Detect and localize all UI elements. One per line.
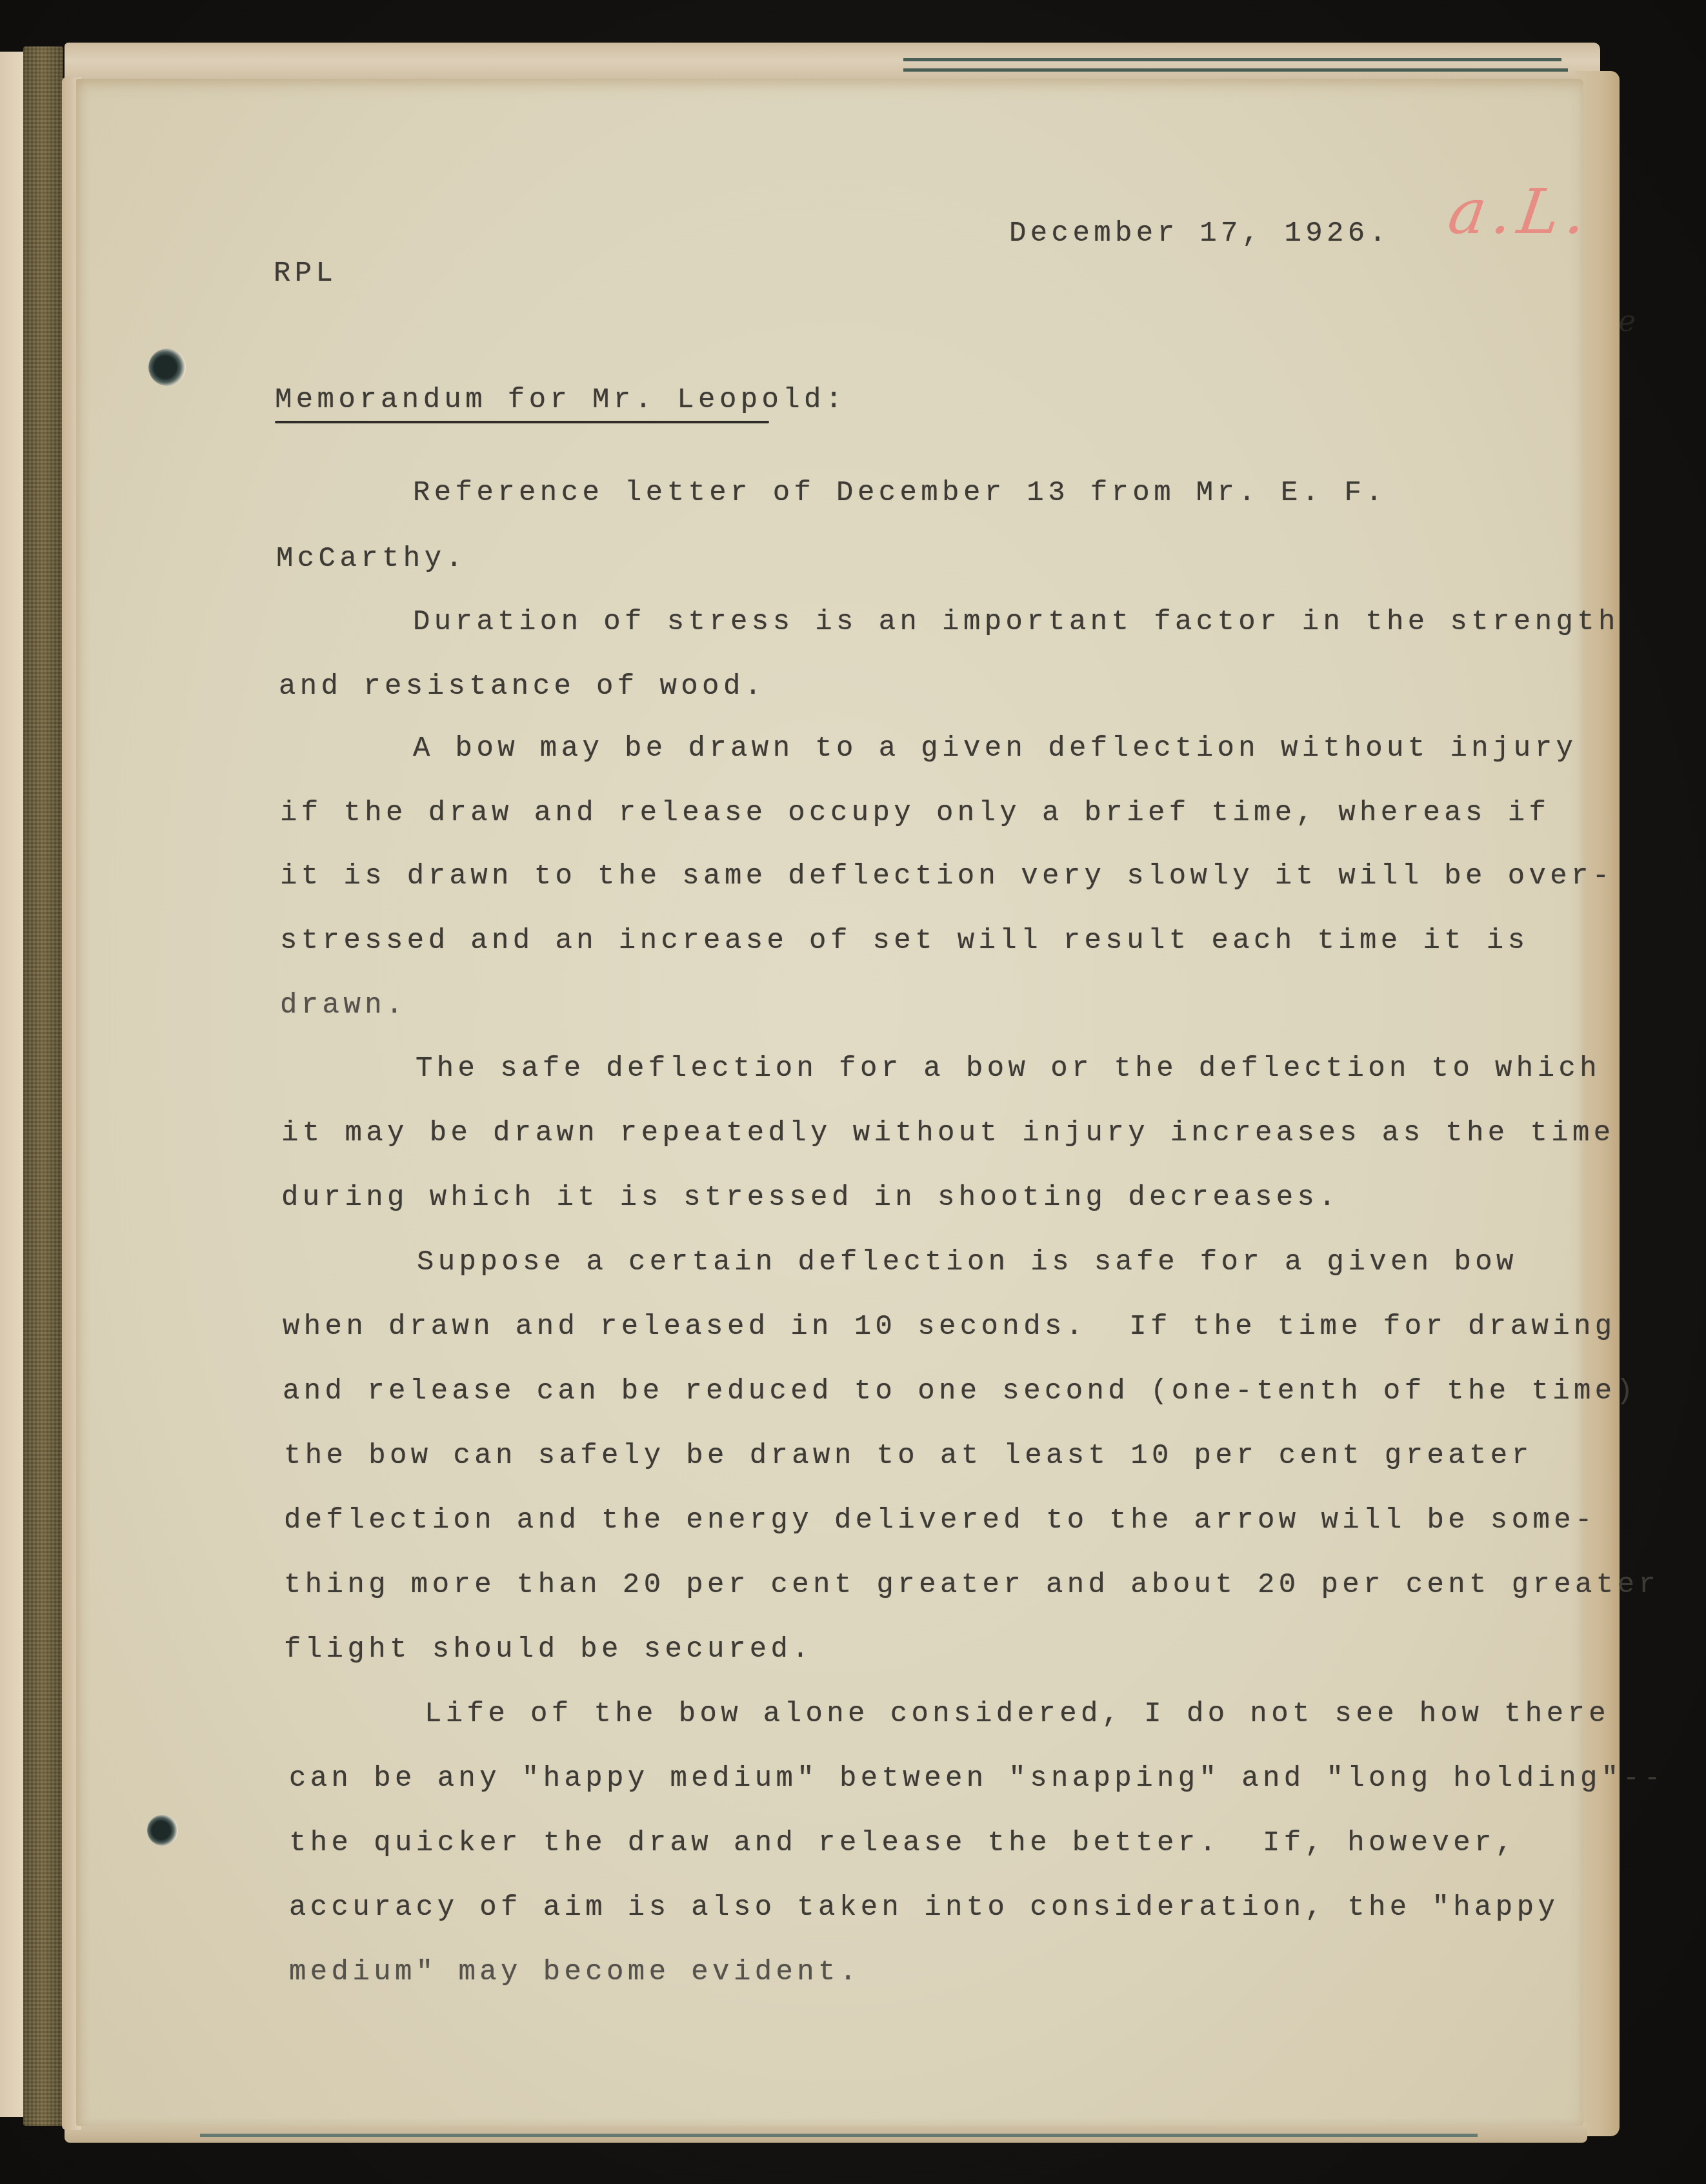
- body-line: medium" may become evident.: [289, 1958, 861, 1987]
- body-line: when drawn and released in 10 seconds. I…: [283, 1313, 1616, 1341]
- body-line: stressed and an increase of set will res…: [280, 927, 1529, 955]
- green-edge-line-bottom: [200, 2134, 1478, 2137]
- body-line: the bow can safely be drawn to at least …: [284, 1442, 1532, 1470]
- body-line: Suppose a certain deflection is safe for…: [417, 1248, 1518, 1277]
- body-line: Reference letter of December 13 from Mr.…: [413, 479, 1387, 507]
- body-line: A bow may be drawn to a given deflection…: [413, 734, 1577, 763]
- scan-stage: a.L. December 17, 1926. RPL Memorandum f…: [0, 0, 1706, 2184]
- memo-title: Memorandum for Mr. Leopold:: [275, 386, 847, 414]
- body-line: and resistance of wood.: [279, 672, 766, 701]
- book-spine: [23, 46, 63, 2126]
- body-line: drawn.: [280, 991, 407, 1020]
- body-line: during which it is stressed in shooting …: [281, 1184, 1340, 1212]
- margin-handwritten-mark: e: [1618, 303, 1636, 338]
- body-line: flight should be secured.: [284, 1635, 813, 1664]
- body-line: Life of the bow alone considered, I do n…: [425, 1700, 1610, 1728]
- punch-hole-bottom: [147, 1815, 178, 1846]
- punch-hole-top: [148, 349, 186, 386]
- body-line: thing more than 20 per cent greater and …: [284, 1571, 1660, 1599]
- body-line: McCarthy.: [276, 545, 467, 573]
- body-line: and release can be reduced to one second…: [283, 1377, 1637, 1406]
- memo-page: a.L. December 17, 1926. RPL Memorandum f…: [76, 79, 1583, 2126]
- body-line: if the draw and release occupy only a br…: [280, 799, 1550, 827]
- green-edge-line: [903, 58, 1561, 61]
- body-line: can be any "happy medium" between "snapp…: [289, 1764, 1665, 1793]
- memo-date: December 17, 1926.: [1009, 219, 1390, 248]
- body-line: accuracy of aim is also taken into consi…: [289, 1894, 1559, 1922]
- memo-initials: RPL: [274, 259, 337, 288]
- body-line: it is drawn to the same deflection very …: [280, 862, 1614, 891]
- green-edge-line: [903, 68, 1568, 72]
- body-line: deflection and the energy delivered to t…: [284, 1506, 1596, 1535]
- body-line: Duration of stress is an important facto…: [413, 608, 1620, 636]
- title-underline: [275, 421, 769, 423]
- page-stack-bottom-edge: [65, 2123, 1587, 2143]
- body-line: the quicker the draw and release the bet…: [289, 1829, 1517, 1857]
- body-line: The safe deflection for a bow or the def…: [416, 1055, 1601, 1083]
- body-line: it may be drawn repeatedly without injur…: [281, 1119, 1615, 1148]
- handwritten-annotation: a.L.: [1444, 176, 1598, 248]
